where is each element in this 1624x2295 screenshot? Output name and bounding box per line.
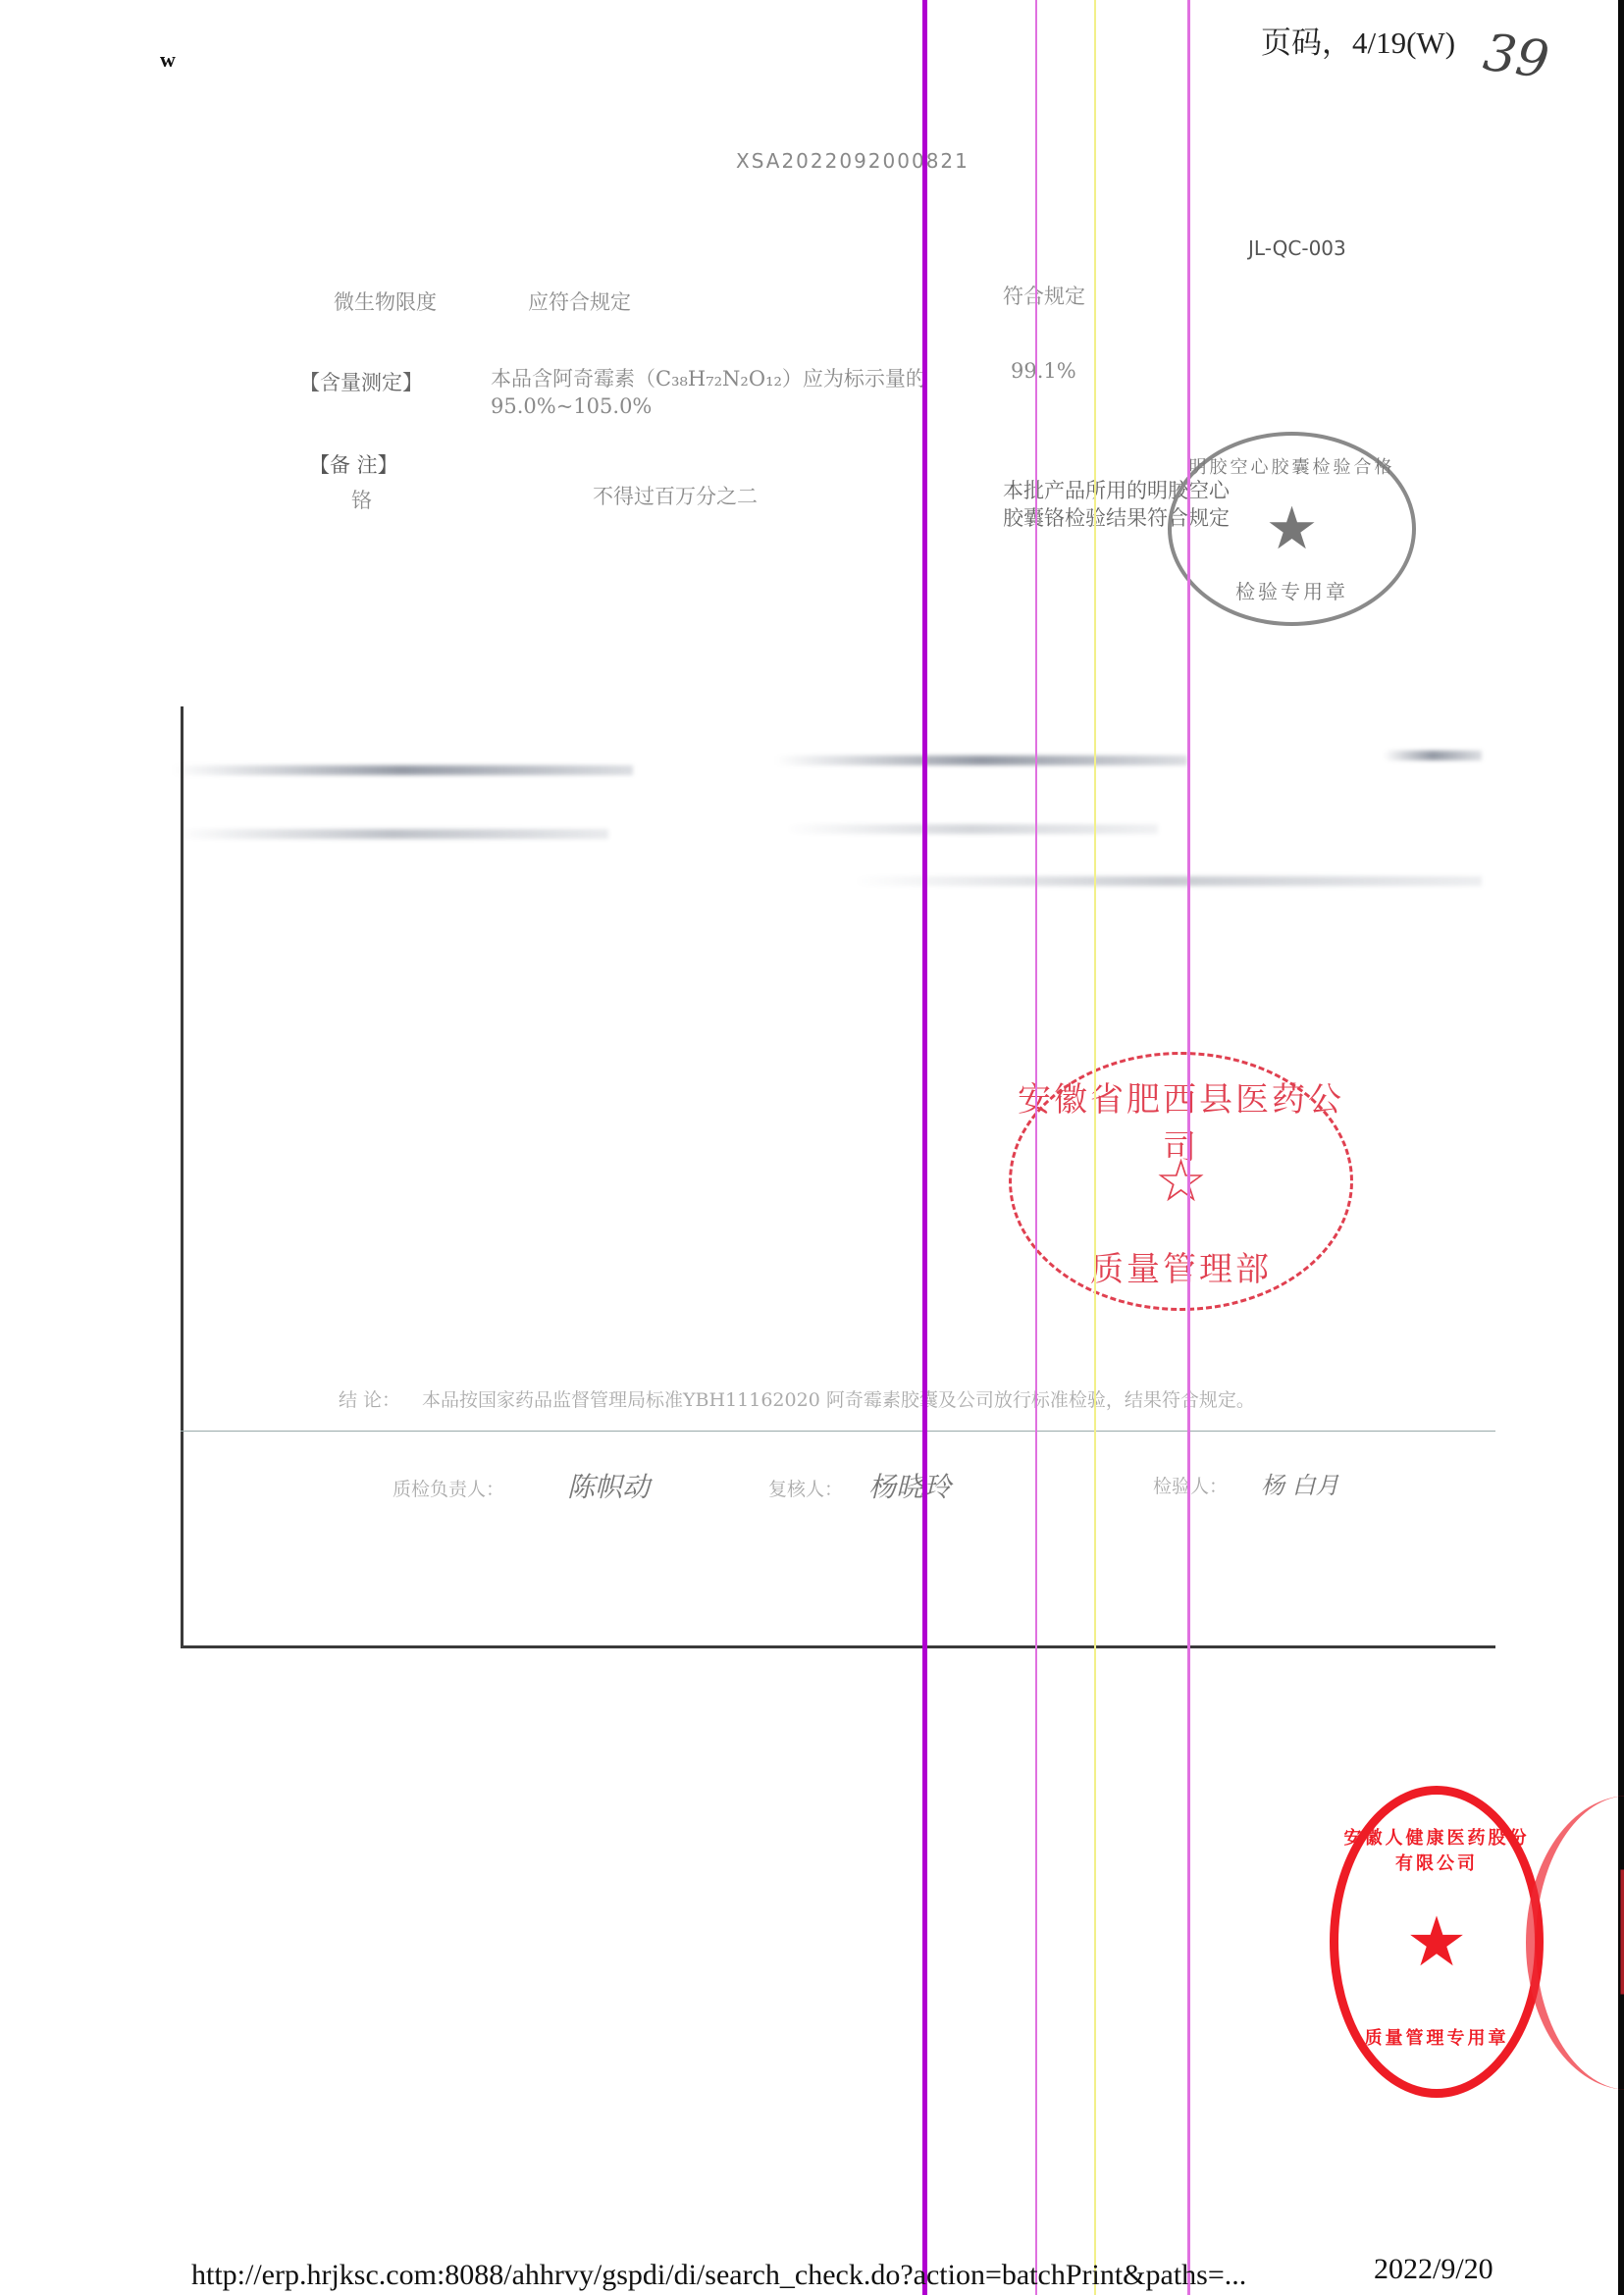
star-icon: ★ bbox=[1406, 1907, 1468, 1976]
gray-stamp-bottom-text: 检验专用章 bbox=[1172, 576, 1412, 604]
reviewer-label: 复核人： bbox=[768, 1475, 843, 1501]
page-indicator: 页码，4/19(W) bbox=[1261, 18, 1455, 62]
qc-head-label: 质检负责人： bbox=[393, 1475, 504, 1501]
inspector-label: 检验人： bbox=[1153, 1472, 1228, 1498]
conclusion-label: 结 论： bbox=[339, 1385, 400, 1412]
inspection-stamp-gray: 明胶空心胶囊检验合格 ★ 检验专用章 bbox=[1168, 432, 1416, 626]
company-qc-stamp: 安徽人健康医药股份有限公司 ★ 质量管理专用章 bbox=[1330, 1786, 1544, 2098]
star-icon: ★ bbox=[1266, 499, 1319, 558]
result-microbial-limit: 符合规定 bbox=[1003, 281, 1085, 310]
conclusion-text: 本品按国家药品监督管理局标准YBH11162020 阿奇霉素胶囊及公司放行标准检… bbox=[422, 1385, 1384, 1415]
illegible-band bbox=[1384, 751, 1482, 760]
red-stamp-1-top-text: 安徽省肥西县医药公司 bbox=[1012, 1072, 1350, 1169]
conclusion-rule bbox=[181, 1431, 1495, 1432]
illegible-band bbox=[775, 756, 1187, 765]
standard-assay: 本品含阿奇霉素（C₃₈H₇₂N₂O₁₂）应为标示量的95.0%~105.0% bbox=[491, 365, 952, 420]
illegible-band bbox=[854, 876, 1482, 886]
qc-head-signature: 陈帜动 bbox=[567, 1466, 650, 1505]
illegible-band bbox=[172, 765, 633, 775]
remarks-item: 铬 bbox=[351, 485, 372, 514]
partial-stamp-edge bbox=[1526, 1796, 1624, 2090]
illegible-band bbox=[785, 824, 1158, 834]
red-stamp-2-bottom-text: 质量管理专用章 bbox=[1338, 2024, 1535, 2050]
sheet-border-left bbox=[181, 706, 183, 1648]
scan-artifact-line bbox=[922, 0, 927, 2295]
gray-stamp-top-text: 明胶空心胶囊检验合格 bbox=[1172, 453, 1412, 479]
handwritten-page-number: 39 bbox=[1480, 24, 1552, 91]
inspector-signature: 杨 白月 bbox=[1261, 1466, 1339, 1500]
red-stamp-1-bottom-text: 质量管理部 bbox=[1012, 1242, 1350, 1290]
remarks-standard: 不得过百万分之二 bbox=[593, 481, 758, 510]
result-assay: 99.1% bbox=[1011, 359, 1076, 383]
red-stamp-2-top-text: 安徽人健康医药股份有限公司 bbox=[1338, 1824, 1535, 1875]
corner-mark: w bbox=[160, 47, 176, 73]
form-code: JL-QC-003 bbox=[1248, 236, 1346, 260]
illegible-band bbox=[177, 829, 608, 839]
footer-date: 2022/9/20 bbox=[1374, 2253, 1493, 2286]
standard-microbial-limit: 应符合规定 bbox=[528, 287, 631, 316]
document-number: XSA2022092000821 bbox=[736, 149, 969, 173]
scan-artifact-line bbox=[1187, 0, 1190, 2295]
reviewer-signature: 杨晓玲 bbox=[868, 1466, 951, 1505]
scan-artifact-line bbox=[1094, 0, 1096, 2295]
item-assay: 【含量测定】 bbox=[299, 367, 423, 396]
footer-url: http://erp.hrjksc.com:8088/ahhrvy/gspdi/… bbox=[191, 2259, 1246, 2292]
quality-dept-stamp: 安徽省肥西县医药公司 ☆ 质量管理部 bbox=[1009, 1052, 1353, 1311]
sheet-border-bottom bbox=[181, 1645, 1495, 1648]
item-microbial-limit: 微生物限度 bbox=[334, 287, 437, 316]
scan-artifact-line bbox=[1035, 0, 1037, 2295]
remarks-label: 【备 注】 bbox=[309, 449, 398, 479]
